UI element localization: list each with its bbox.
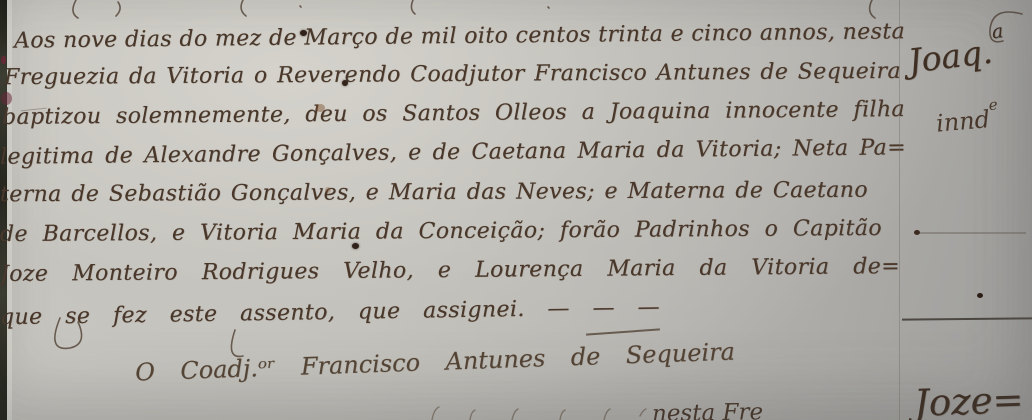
page-edge-highlight	[7, 0, 12, 420]
pencil-smudge-line	[920, 232, 1026, 234]
rust-stain	[325, 187, 331, 193]
closing-dash	[586, 328, 660, 335]
margin-note-status-text: innd	[935, 105, 991, 138]
manuscript-line: que se fez este assento, que assignei. —…	[0, 295, 660, 331]
margin-note-name: Joaq.a	[906, 30, 1006, 80]
next-record-margin-name: Joze=	[913, 378, 1024, 420]
manuscript-line: Freguezia da Vitoria o Reverendo Coadjut…	[4, 59, 901, 91]
margin-note-status: innde	[935, 103, 1000, 137]
record-separator-line	[902, 317, 1032, 320]
signature-line: O Coadj.ᵒʳ Francisco Antunes de Sequeira	[135, 338, 736, 387]
margin-note-name-text: Joaq.	[906, 32, 995, 81]
red-stain	[1, 92, 12, 105]
ink-blot	[352, 243, 359, 249]
manuscript-line: legitima de Alexandre Gonçalves, e de Ca…	[0, 135, 906, 170]
margin-fold-line	[899, 0, 900, 420]
manuscript-line: Joze Monteiro Rodrigues Velho, e Lourenç…	[0, 254, 900, 288]
ink-blot	[300, 30, 307, 36]
ink-dot	[977, 293, 983, 298]
margin-note-status-superscript: e	[988, 95, 998, 114]
margin-note-name-superscript: a	[991, 20, 1005, 43]
manuscript-page: Aos nove dias do mez de Março de mil oit…	[0, 0, 1032, 420]
ink-blot	[342, 80, 348, 86]
rust-stain	[316, 104, 325, 112]
manuscript-line: de Barcellos, e Vitoria Maria da Conceiç…	[0, 216, 882, 248]
manuscript-line: baptizou solemnemente, deu os Santos Oll…	[2, 97, 905, 131]
manuscript-line: Aos nove dias do mez de Março de mil oit…	[14, 19, 892, 54]
faint-scribble	[19, 96, 46, 112]
red-stain	[1, 56, 6, 64]
next-record-fragment: nesta Fre	[652, 397, 902, 420]
manuscript-line: terna de Sebastião Gonçalves, e Maria da…	[0, 178, 868, 209]
